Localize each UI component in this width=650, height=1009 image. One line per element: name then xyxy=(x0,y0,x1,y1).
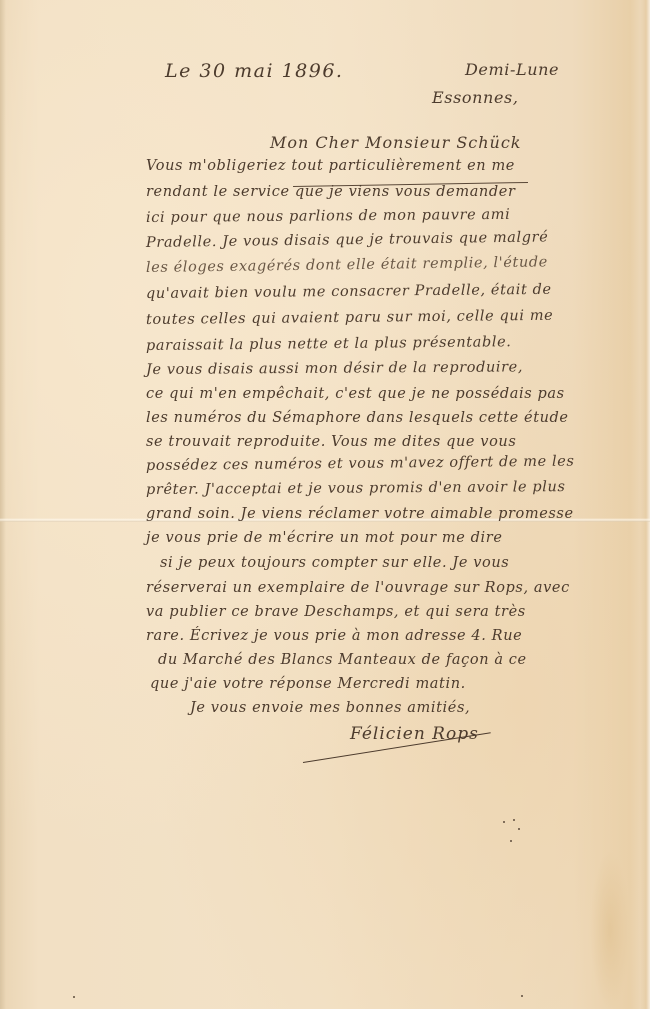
letter-body-line: prêter. J'acceptai et je vous promis d'e… xyxy=(146,479,566,498)
letter-body-line: toutes celles qui avaient paru sur moi, … xyxy=(146,308,553,328)
letter-body-line: rare. Écrivez je vous prie à mon adresse… xyxy=(146,628,522,644)
letter-body-line: rendant le service que je viens vous dem… xyxy=(146,184,515,200)
letter-body-line: Vous m'obligeriez tout particulièrement … xyxy=(146,158,515,174)
letter-page: Le 30 mai 1896. Demi-Lune Essonnes, Mon … xyxy=(0,0,650,1009)
letter-body-line: les numéros du Sémaphore dans lesquels c… xyxy=(146,410,569,426)
letter-body-line: Pradelle. Je vous disais que je trouvais… xyxy=(146,229,549,251)
letter-signature: Félicien Rops xyxy=(350,724,479,744)
letter-body-line: Je vous disais aussi mon désir de la rep… xyxy=(146,359,523,378)
letter-body-line: réserverai un exemplaire de l'ouvrage su… xyxy=(146,580,570,596)
letter-salutation: Mon Cher Monsieur Schück xyxy=(270,133,522,152)
letter-body-line: ce qui m'en empêchait, c'est que je ne p… xyxy=(146,386,565,402)
letter-place: Demi-Lune xyxy=(465,60,559,79)
paper-left-edge xyxy=(0,0,6,1009)
letter-body-line: du Marché des Blancs Manteaux de façon à… xyxy=(158,652,527,668)
letter-body-line: se trouvait reproduite. Vous me dites qu… xyxy=(146,434,516,450)
letter-body-line: possédez ces numéros et vous m'avez offe… xyxy=(146,454,575,474)
letter-body-line: paraissait la plus nette et la plus prés… xyxy=(146,334,512,354)
letter-closing: Je vous envoie mes bonnes amitiés, xyxy=(190,700,470,716)
letter-town: Essonnes, xyxy=(432,88,519,107)
letter-body-line: les éloges exagérés dont elle était remp… xyxy=(146,254,548,276)
letter-body-line: je vous prie de m'écrire un mot pour me … xyxy=(146,530,503,546)
paper-stain xyxy=(590,850,630,1009)
letter-body-line: ici pour que nous parlions de mon pauvre… xyxy=(146,207,510,226)
letter-body-line: qu'avait bien voulu me consacrer Pradell… xyxy=(146,282,552,302)
letter-date: Le 30 mai 1896. xyxy=(165,60,343,82)
letter-body-line: si je peux toujours compter sur elle. Je… xyxy=(160,555,509,571)
letter-body-line: grand soin. Je viens réclamer votre aima… xyxy=(146,506,574,522)
letter-body-line: que j'aie votre réponse Mercredi matin. xyxy=(150,676,466,692)
letter-body-line: va publier ce brave Deschamps, et qui se… xyxy=(146,604,526,620)
paper-right-edge xyxy=(640,0,650,1009)
